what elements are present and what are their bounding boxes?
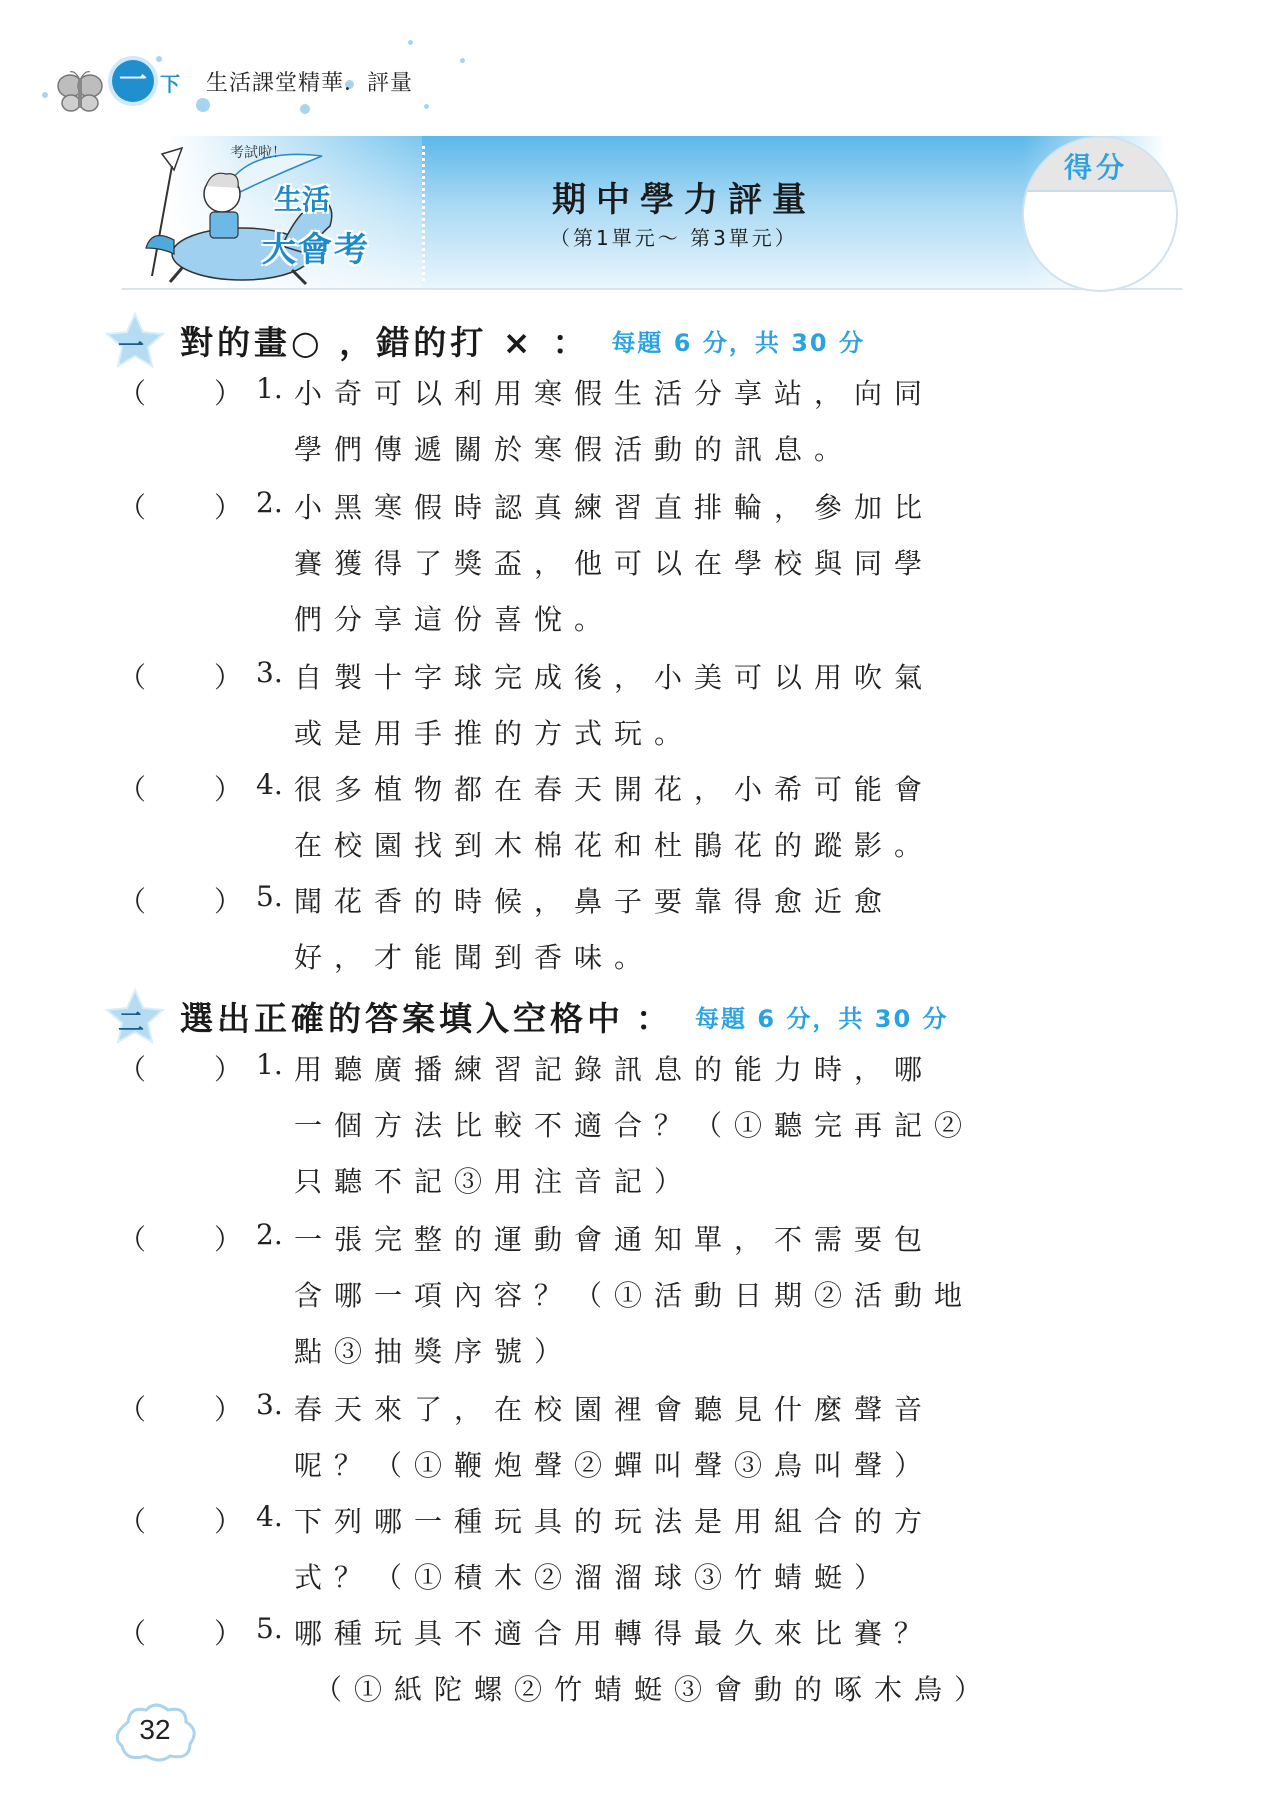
speech-bubble-text: 考試啦！ [230,142,286,162]
paren-left: （ [118,486,146,526]
question-number: 3. [256,1388,283,1421]
decor-dot [196,98,210,112]
paren-left: （ [118,880,146,920]
grade-term: 下 [160,68,180,97]
paren-right: ） [214,768,242,808]
section-2-header: 二 選出正確的答案填入空格中 ： 每題 6 分，共 30 分 [104,988,949,1044]
question-line: 呢？（①鞭炮聲②蟬叫聲③鳥叫聲） [294,1444,934,1484]
question-line: 一張完整的運動會通知單，不需要包 [294,1218,934,1258]
mascot-illustration: 考試啦！ 生活 大會考 [122,136,422,288]
paren-left: （ [118,1388,146,1428]
question-line: 春天來了，在校園裡會聽見什麼聲音 [294,1388,934,1428]
question-line: 們分享這份喜悅。 [294,598,614,638]
paren-right: ） [214,486,242,526]
banner-divider [422,146,425,281]
decor-dot [460,58,465,63]
decor-dot [424,104,429,109]
paren-right: ） [214,1048,242,1088]
section-score-rule: 每題 6 分，共 30 分 [695,999,949,1034]
question-line: 下列哪一種玩具的玩法是用組合的方 [294,1500,934,1540]
question-number: 1. [256,372,283,405]
paren-left: （ [118,768,146,808]
paren-right: ） [214,1388,242,1428]
question-line: 小黑寒假時認真練習直排輪，參加比 [294,486,934,526]
paren-left: （ [118,1048,146,1088]
question-number: 4. [256,1500,283,1533]
paren-right: ） [214,1612,242,1652]
section-title: 選出正確的答案填入空格中 [180,993,624,1040]
question-line: 好，才能聞到香味。 [294,936,654,976]
question-line: 一個方法比較不適合？（①聽完再記② [294,1104,974,1144]
section-colon: ： [552,317,589,364]
question-line: 學們傳遞關於寒假活動的訊息。 [294,428,854,468]
book-title: 生活課堂精華．評量 [206,66,413,97]
paren-left: （ [118,1218,146,1258]
grade-badge: 一 [112,60,154,102]
question-line: 或是用手推的方式玩。 [294,712,694,752]
question-number: 4. [256,768,283,801]
question-number: 3. [256,656,283,689]
question-line: 哪種玩具不適合用轉得最久來比賽？ [294,1612,934,1652]
question-line: 自製十字球完成後，小美可以用吹氣 [294,656,934,696]
question-line: 賽獲得了獎盃，他可以在學校與同學 [294,542,934,582]
question-line: （①紙陀螺②竹蜻蜓③會動的啄木鳥） [314,1668,994,1708]
butterfly-icon [56,70,106,114]
section-title: 對的畫○ ，錯的打 × [180,317,534,364]
decor-dot [408,40,413,45]
page-number: 32 [110,1714,200,1746]
paren-left: （ [118,372,146,412]
section-number: 一 [118,326,144,363]
question-line: 在校園找到木棉花和杜鵑花的蹤影。 [294,824,934,864]
question-number: 1. [256,1048,283,1081]
question-number: 5. [256,1612,283,1645]
question-line: 只聽不記③用注音記） [294,1160,694,1200]
logo-line-1: 生活 [274,178,330,218]
question-line: 式？（①積木②溜溜球③竹蜻蜓） [294,1556,894,1596]
star-badge: 一 [104,312,166,368]
decor-dot [300,104,310,114]
question-line: 用聽廣播練習記錄訊息的能力時，哪 [294,1048,934,1088]
decor-dot [42,92,48,98]
page-number-badge: 32 [110,1700,200,1764]
question-line: 很多植物都在春天開花，小希可能會 [294,768,934,808]
section-score-rule: 每題 6 分，共 30 分 [611,323,865,358]
section-1-header: 一 對的畫○ ，錯的打 × ： 每題 6 分，共 30 分 [104,312,865,368]
section-number: 二 [118,1002,144,1039]
question-line: 含哪一項內容？（①活動日期②活動地 [294,1274,974,1314]
paren-left: （ [118,1612,146,1652]
question-number: 2. [256,1218,283,1251]
paren-right: ） [214,1500,242,1540]
paren-left: （ [118,656,146,696]
question-number: 2. [256,486,283,519]
paren-right: ） [214,880,242,920]
score-box[interactable]: 得分 [1022,136,1178,292]
question-number: 5. [256,880,283,913]
question-line: 小奇可以利用寒假生活分享站，向同 [294,372,934,412]
exam-range: （第1單元～ 第3單元） [550,222,798,251]
exam-title: 期中學力評量 [552,172,816,221]
question-line: 聞花香的時候，鼻子要靠得愈近愈 [294,880,894,920]
paren-right: ） [214,1218,242,1258]
star-badge: 二 [104,988,166,1044]
paren-right: ） [214,656,242,696]
question-line: 點③抽獎序號） [294,1330,574,1370]
section-colon: ： [636,993,673,1040]
score-label: 得分 [1064,146,1128,186]
paren-left: （ [118,1500,146,1540]
decor-dot [156,56,162,62]
page-header: 一 下 生活課堂精華．評量 [0,0,1282,130]
score-header: 得分 [1024,138,1176,192]
logo-line-2: 大會考 [262,222,370,271]
paren-right: ） [214,372,242,412]
